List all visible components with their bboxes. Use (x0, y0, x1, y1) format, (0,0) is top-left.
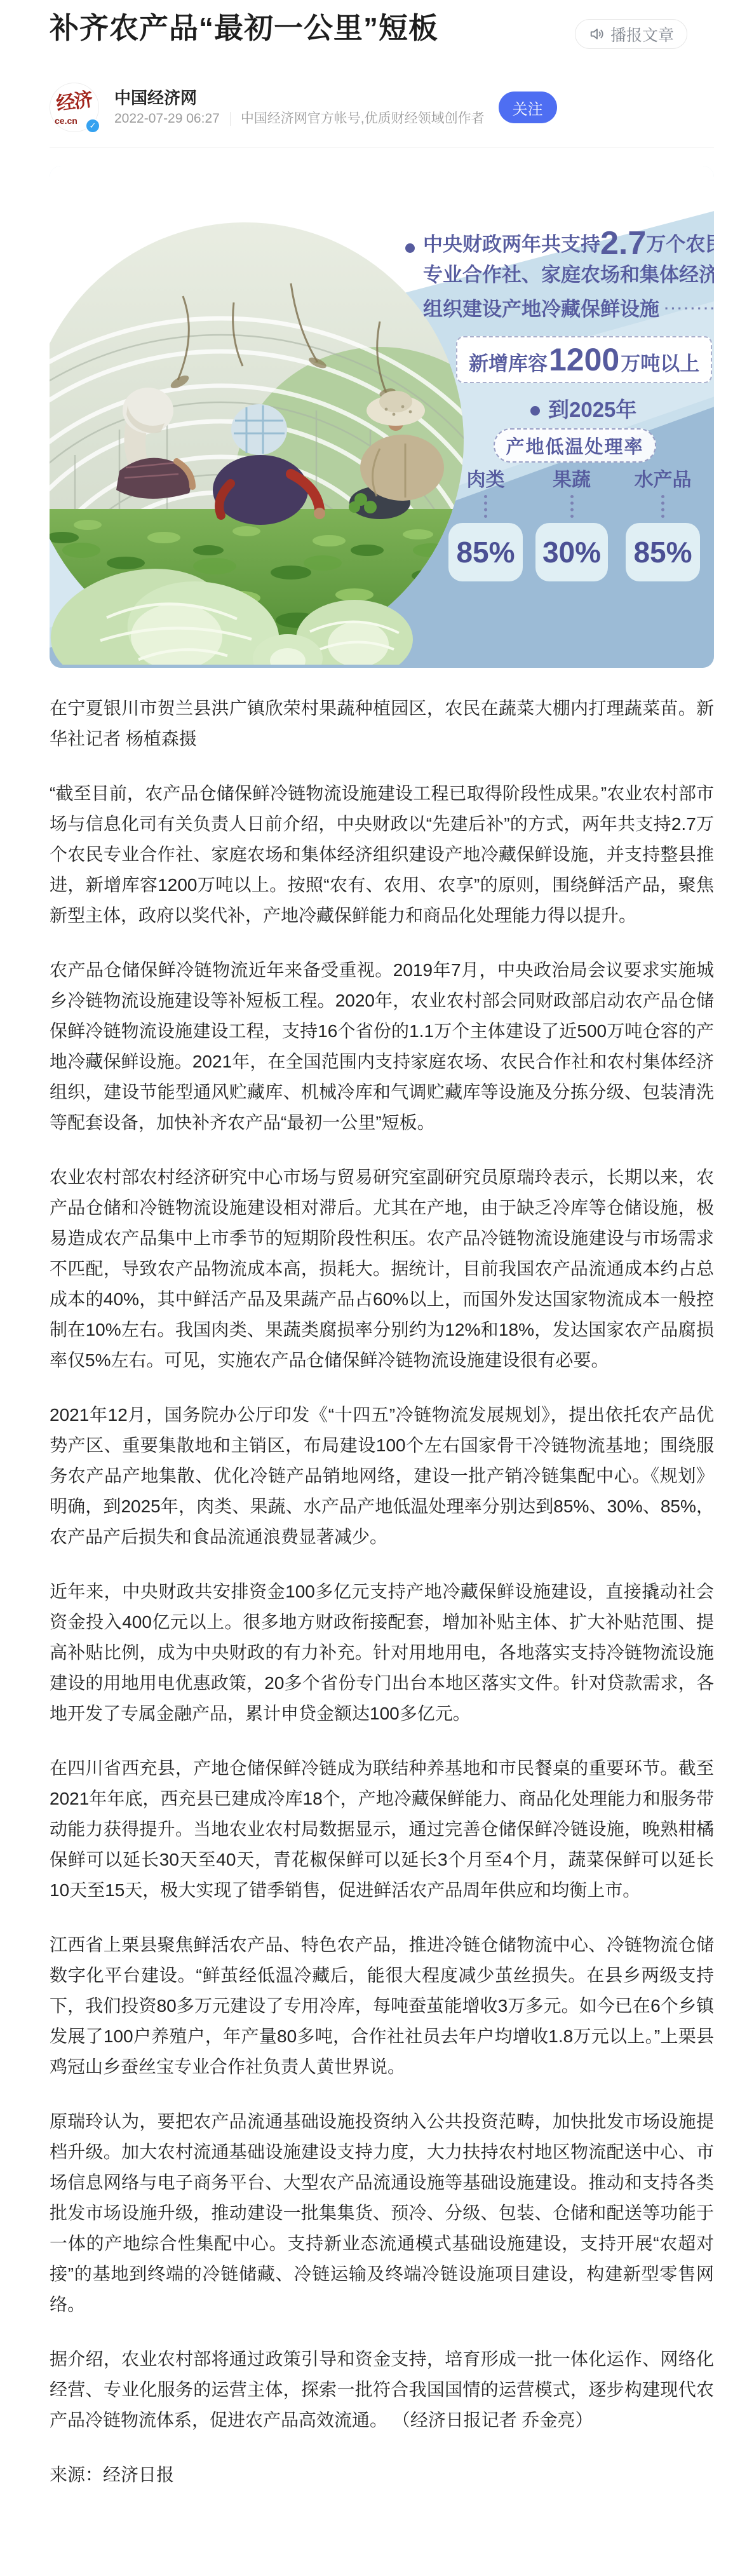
dotted-connector (484, 495, 487, 518)
article-paragraph: 2021年12月，国务院办公厅印发《“十四五”冷链物流发展规划》，提出依托农产品… (50, 1400, 714, 1552)
rate-column-meat: 肉类 85% (448, 470, 523, 581)
author-info: 中国经济网 2022-07-29 06:27 中国经济网官方帐号,优质财经领域创… (114, 90, 485, 126)
capacity-badge: 新增库容1200万吨以上 (456, 336, 712, 383)
avatar-logo-subtext: ce.cn (55, 116, 77, 126)
article-paragraph: 江西省上栗县聚焦鲜活农产品、特色农产品，推进冷链仓储物流中心、冷链物流仓储数字化… (50, 1930, 714, 2082)
rate-column-aquatic: 水产品 85% (626, 470, 700, 581)
avatar[interactable]: 经济 ce.cn (50, 83, 99, 132)
verified-badge-icon (85, 118, 100, 133)
article-paragraph: 原瑞玲认为，要把农产品流通基础设施投资纳入公共投资范畴，加快批发市场设施提档升级… (50, 2106, 714, 2320)
column-value: 85% (626, 523, 700, 581)
publish-time: 2022-07-29 06:27 (114, 112, 220, 125)
dotted-connector (570, 495, 574, 518)
bullet-dot-icon (530, 406, 540, 416)
article-paragraph: 近年来，中央财政共安排资金100多亿元支持产地冷藏保鲜设施建设，直接撬动社会资金… (50, 1576, 714, 1729)
meta-divider (230, 112, 231, 126)
infographic-point1-line1: 中央财政两年共支持2.7万个农民 (423, 229, 714, 259)
article-paragraph: “截至目前，农产品仓储保鲜冷链物流设施建设工程已取得阶段性成果。”农业农村部市场… (50, 778, 714, 931)
article-paragraph: 农产品仓储保鲜冷链物流近年来备受重视。2019年7月，中央政治局会议要求实施城乡… (50, 955, 714, 1138)
column-label: 水产品 (635, 470, 692, 491)
article-paragraph: 据介绍，农业农村部将通过政策引导和资金支持，培育形成一批一体化运作、网络化经营、… (50, 2344, 714, 2436)
column-label: 肉类 (467, 470, 505, 491)
article-paragraph: 在四川省西充县，产地仓储保鲜冷链成为联结种养基地和市民餐桌的重要环节。截至202… (50, 1753, 714, 1906)
header-divider (50, 147, 714, 148)
dotted-trail: ········· (664, 301, 714, 316)
column-value: 85% (448, 523, 523, 581)
speaker-icon (588, 25, 605, 43)
column-value: 30% (535, 523, 608, 581)
article-infographic: 中央财政两年共支持2.7万个农民 专业合作社、家庭农场和集体经济 组织建设产地冷… (50, 166, 714, 668)
article-body: 在宁夏银川市贺兰县洪广镇欣荣村果蔬种植园区，农民在蔬菜大棚内打理蔬菜苗。新华社记… (50, 693, 714, 2490)
rate-column-produce: 果蔬 30% (535, 470, 608, 581)
article-page: 补齐农产品“最初一公里”短板 播报文章 经济 ce.cn 中国经济网 2022-… (50, 0, 714, 2514)
bullet-dot-icon (405, 243, 415, 253)
infographic-point1-line3: 组织建设产地冷藏保鲜设施········· (423, 295, 714, 323)
image-caption: 在宁夏银川市贺兰县洪广镇欣荣村果蔬种植园区，农民在蔬菜大棚内打理蔬菜苗。新华社记… (50, 693, 714, 754)
column-label: 果蔬 (553, 470, 591, 491)
infographic-point1-line2: 专业合作社、家庭农场和集体经济 (423, 261, 714, 289)
dotted-connector (661, 495, 664, 518)
article-paragraph: 农业农村部农村经济研究中心市场与贸易研究室副研究员原瑞玲表示，长期以来，农产品仓… (50, 1162, 714, 1376)
author-name[interactable]: 中国经济网 (114, 90, 485, 106)
article-source: 来源：经济日报 (50, 2460, 714, 2490)
rate-title-badge: 产地低温处理率 (494, 428, 656, 463)
broadcast-label: 播报文章 (610, 23, 674, 46)
author-description: 中国经济网官方帐号,优质财经领域创作者 (241, 112, 485, 125)
follow-button[interactable]: 关注 (499, 92, 557, 123)
infographic-point2: 到2025年 (548, 396, 636, 424)
broadcast-article-button[interactable]: 播报文章 (575, 19, 687, 49)
author-row: 经济 ce.cn 中国经济网 2022-07-29 06:27 中国经济网官方帐… (50, 83, 714, 132)
avatar-logo-text: 经济 (54, 83, 93, 116)
